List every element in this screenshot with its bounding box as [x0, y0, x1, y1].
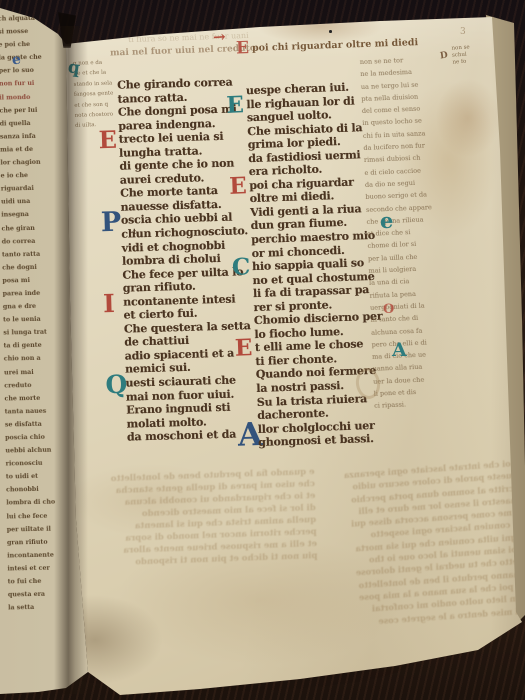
show-through-text-left: e quando fia lo perduto bene de lontelle…: [86, 466, 317, 570]
decorated-initial: P: [101, 209, 122, 237]
verse-column-left: Che girando correatanco ratta.Che dongni…: [117, 75, 249, 444]
text-line: intesi et cer: [7, 561, 63, 575]
text-line: poscia chio: [5, 430, 61, 444]
text-line: parea inde: [3, 286, 59, 300]
text-line: lui che fece: [6, 509, 62, 523]
text-line: riconosciu: [6, 457, 62, 471]
text-line: che per lui: [0, 103, 56, 117]
decorated-initial: E: [98, 128, 117, 152]
catch-line: Epoi chi riguardar oltre mi diedi: [252, 37, 418, 54]
faded-top-line: mai nel fuor uiui nel creduto: [110, 43, 256, 58]
text-line: do correa: [2, 234, 58, 248]
text-line: sanza infa: [0, 129, 56, 143]
text-line: gran rifiuto: [7, 535, 63, 549]
text-line: per lo suo: [0, 64, 55, 78]
previous-folio-text: ch alquatasi mossee poi chela gente chep…: [0, 12, 64, 615]
decorated-initial: Q: [105, 372, 127, 398]
text-line: chonobbi: [6, 483, 62, 497]
text-line: si lunga trat: [3, 326, 59, 340]
text-line: tanto ratta: [2, 247, 58, 261]
text-line: la gente che: [0, 51, 55, 65]
ink-speck: [329, 30, 332, 33]
text-line: ci ripassi.: [374, 396, 466, 412]
decorated-initial: E: [229, 174, 247, 198]
decorated-initial: E: [226, 93, 244, 117]
text-line: ghongnosi et bassi.: [258, 432, 380, 450]
decorated-initial: I: [103, 291, 115, 316]
text-line: mia et de: [0, 142, 56, 156]
text-line: insegna: [1, 208, 57, 222]
catch-initial: E: [236, 40, 250, 57]
text-line: che dogni: [2, 260, 58, 274]
text-line: da moschoni et da: [127, 427, 249, 444]
text-line: se disfatta: [5, 417, 61, 431]
text-line: e poi che: [0, 38, 54, 52]
paragraph-arrow-mark: →: [212, 28, 226, 47]
text-line: che morte: [4, 391, 60, 405]
text-line: uebbi alchun: [5, 444, 61, 458]
gloss-initial-e: e: [380, 208, 393, 233]
decorated-initial: C: [232, 255, 251, 279]
show-through-text-right: uoi che intrate lasciate ogni speranzaqu…: [311, 457, 525, 631]
text-line: si mosse: [0, 25, 54, 39]
text-line: lor chagion: [0, 156, 56, 170]
text-line: tanta naues: [5, 404, 61, 418]
decorated-initial: E: [234, 337, 252, 361]
gloss-column-right: non se ne torne la medesimaua ne tergo l…: [360, 52, 467, 412]
text-line: to uidi et: [6, 470, 62, 484]
text-line: to fui che: [8, 575, 64, 589]
text-line: chio non a: [4, 352, 60, 366]
text-line: incontanente: [7, 548, 63, 562]
text-line: gna e dre: [3, 300, 59, 314]
text-line: non fur ui: [0, 77, 55, 91]
text-line: che giran: [1, 221, 57, 235]
text-line: to le uenia: [3, 313, 59, 327]
text-line: per uiltate il: [7, 522, 63, 536]
text-line: uidi una: [1, 195, 57, 209]
gloss-block-top-left: q non e daite et che lastando in selafan…: [73, 57, 124, 131]
text-line: la setta: [8, 601, 64, 615]
text-line: e io che: [0, 169, 56, 183]
text-line: posa mi: [2, 273, 58, 287]
previous-folio-initial: e: [11, 52, 21, 69]
manuscript-photo: ch alquatasi mossee poi chela gente chep…: [0, 0, 525, 700]
text-line: lombra di cho: [6, 496, 62, 510]
text-line: creduto: [4, 378, 60, 392]
text-line: riguardai: [1, 182, 57, 196]
text-line: il mondo: [0, 90, 55, 104]
gloss-initial-o: O: [383, 302, 394, 317]
text-line: di uilta.: [75, 120, 123, 132]
catch-line-text: poi chi riguardar oltre mi diedi: [252, 37, 418, 54]
gloss-block-top-right: non seschulne fo: [451, 42, 498, 66]
text-line: ta di gente: [3, 339, 59, 353]
folio-number: 3: [460, 27, 466, 37]
text-line: questa era: [8, 588, 64, 602]
text-line: di quella: [0, 116, 56, 130]
text-line: urei mai: [4, 365, 60, 379]
gloss-initial-a: A: [392, 339, 407, 361]
